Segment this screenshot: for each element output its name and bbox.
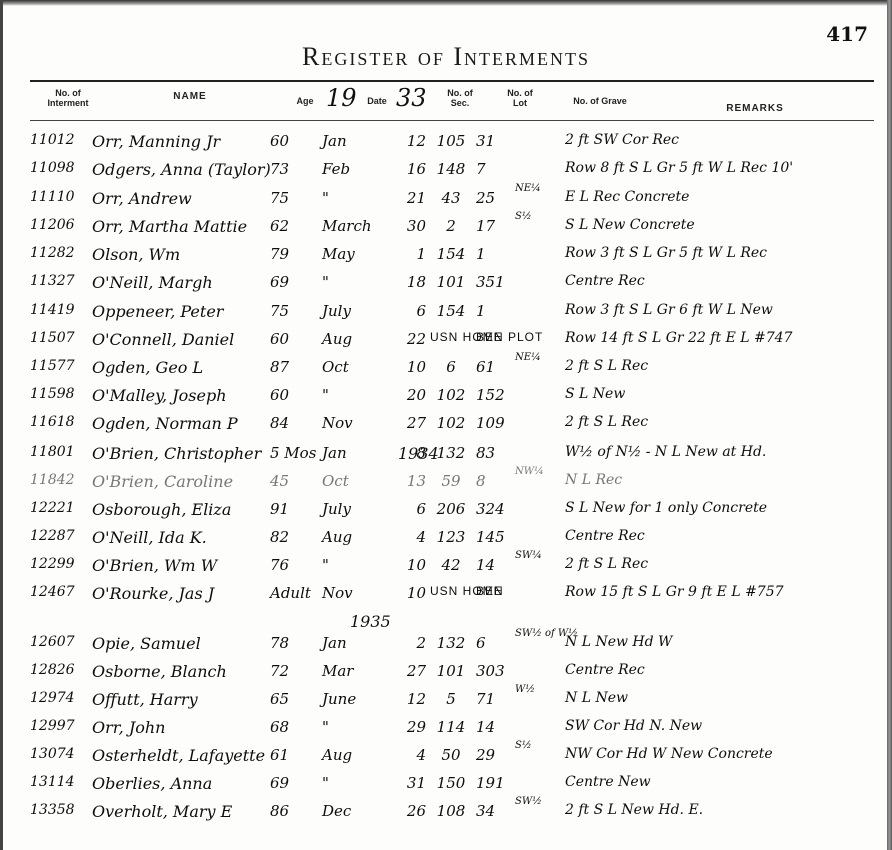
age: 79	[270, 245, 310, 263]
remarks: Row 14 ft S L Gr 22 ft E L #747	[565, 330, 865, 346]
deceased-name: O'Neill, Margh	[92, 273, 292, 292]
interment-row: 11801O'Brien, Christopher5 MosJan813283W…	[0, 440, 892, 470]
section-number: 6	[430, 358, 472, 376]
age: 69	[270, 774, 310, 792]
header-no-of-interment: No. of Interment	[38, 88, 98, 108]
remarks: Centre New	[565, 774, 865, 790]
header-no-of-sec: No. of Sec.	[440, 88, 480, 108]
interment-number: 12974	[30, 690, 90, 706]
month: Oct	[322, 358, 382, 376]
interment-row: 11110Orr, Andrew75"214325NE¼E L Rec Conc…	[0, 185, 892, 215]
lot-number: 14	[476, 718, 516, 736]
remarks: N L New Hd W	[565, 634, 865, 650]
deceased-name: Oberlies, Anna	[92, 774, 292, 793]
deceased-name: Odgers, Anna (Taylor)	[92, 160, 292, 179]
lot-number: 34	[476, 802, 516, 820]
section-number: 105	[430, 132, 472, 150]
interment-row: 12287O'Neill, Ida K.82Aug4123145Centre R…	[0, 524, 892, 554]
header-remarks: REMARKS	[710, 104, 800, 114]
month: May	[322, 245, 382, 263]
remarks: E L Rec Concrete	[565, 189, 865, 205]
grave-number: SW½ of W½	[515, 628, 555, 639]
remarks: 2 ft SW Cor Rec	[565, 132, 865, 148]
month: Dec	[322, 802, 382, 820]
day: 22	[396, 330, 426, 348]
day: 18	[396, 273, 426, 291]
interment-number: 11206	[30, 217, 90, 233]
interment-number: 11577	[30, 358, 90, 374]
lot-number: 1	[476, 245, 516, 263]
interment-number: 12299	[30, 556, 90, 572]
interment-row: 11598O'Malley, Joseph60"20102152S L New	[0, 382, 892, 412]
grave-number: S½	[515, 740, 555, 751]
header-name: NAME	[150, 92, 230, 102]
day: 16	[396, 160, 426, 178]
month: Jan	[322, 132, 382, 150]
section-number: 148	[430, 160, 472, 178]
interment-row: 11282Olson, Wm79May11541Row 3 ft S L Gr …	[0, 241, 892, 271]
age: Adult	[270, 584, 310, 602]
deceased-name: O'Rourke, Jas J	[92, 584, 292, 603]
month: Feb	[322, 160, 382, 178]
month: Aug	[322, 528, 382, 546]
lot-number: 1	[476, 302, 516, 320]
interment-number: 12826	[30, 662, 90, 678]
lot-number: 8	[476, 472, 516, 490]
section-number: 101	[430, 662, 472, 680]
age: 5 Mos	[270, 444, 310, 462]
interment-row: 11507O'Connell, Daniel60Aug22USN HOMEBEN…	[0, 326, 892, 356]
interment-number: 12467	[30, 584, 90, 600]
deceased-name: Opie, Samuel	[92, 634, 292, 653]
year-suffix: 33	[396, 84, 427, 112]
remarks: Row 8 ft S L Gr 5 ft W L Rec 10'	[565, 160, 865, 176]
deceased-name: Orr, John	[92, 718, 292, 737]
lot-number: 25	[476, 189, 516, 207]
interment-row: 11842O'Brien, Caroline45Oct13598NW¼N L R…	[0, 468, 892, 498]
lot-number: 109	[476, 414, 516, 432]
deceased-name: Offutt, Harry	[92, 690, 292, 709]
remarks: NW Cor Hd W New Concrete	[565, 746, 865, 762]
interment-row: 12299O'Brien, Wm W76"104214SW¼2 ft S L R…	[0, 552, 892, 582]
deceased-name: Orr, Manning Jr	[92, 132, 292, 151]
interment-row: 12826Osborne, Blanch72Mar27101303Centre …	[0, 658, 892, 688]
interment-number: 11598	[30, 386, 90, 402]
lot-number: 61	[476, 358, 516, 376]
remarks: N L Rec	[565, 472, 865, 488]
lot-number: 6	[476, 634, 516, 652]
month: Nov	[322, 414, 382, 432]
interment-number: 12221	[30, 500, 90, 516]
header-no-of-grave: No. of Grave	[560, 96, 640, 106]
deceased-name: Osborough, Eliza	[92, 500, 292, 519]
remarks: 2 ft S L Rec	[565, 414, 865, 430]
interment-number: 11618	[30, 414, 90, 430]
deceased-name: O'Neill, Ida K.	[92, 528, 292, 547]
deceased-name: Overholt, Mary E	[92, 802, 292, 821]
lot-number: 303	[476, 662, 516, 680]
day: 12	[396, 690, 426, 708]
interment-number: 11801	[30, 444, 90, 460]
remarks: 2 ft S L Rec	[565, 556, 865, 572]
age: 60	[270, 386, 310, 404]
month: Mar	[322, 662, 382, 680]
age: 60	[270, 330, 310, 348]
section-number: 50	[430, 746, 472, 764]
month: Aug	[322, 746, 382, 764]
month: Aug	[322, 330, 382, 348]
day: 4	[396, 746, 426, 764]
day: 31	[396, 774, 426, 792]
age: 68	[270, 718, 310, 736]
section-number: 114	[430, 718, 472, 736]
interment-number: 12287	[30, 528, 90, 544]
grave-number: S½	[515, 211, 555, 222]
age: 82	[270, 528, 310, 546]
interment-row: 13358Overholt, Mary E86Dec2610834SW½2 ft…	[0, 798, 892, 828]
section-number: USN HOME	[430, 584, 472, 598]
section-number: 154	[430, 245, 472, 263]
deceased-name: O'Brien, Christopher	[92, 444, 292, 463]
lot-number: BEN PLOT	[476, 330, 516, 344]
year-divider-1934: 1934	[398, 444, 439, 463]
lot-number: 14	[476, 556, 516, 574]
month: "	[322, 774, 382, 792]
interment-row: 13074Osterheldt, Lafayette61Aug45029S½NW…	[0, 742, 892, 772]
interment-row: 12467O'Rourke, Jas JAdultNov10USN HOMEBE…	[0, 580, 892, 610]
remarks: S L New	[565, 386, 865, 402]
deceased-name: O'Connell, Daniel	[92, 330, 292, 349]
day: 10	[396, 584, 426, 602]
deceased-name: O'Malley, Joseph	[92, 386, 292, 405]
interment-number: 11842	[30, 472, 90, 488]
deceased-name: Osterheldt, Lafayette	[92, 746, 292, 765]
day: 4	[396, 528, 426, 546]
remarks: W½ of N½ - N L New at Hd.	[565, 444, 865, 460]
deceased-name: Ogden, Geo L	[92, 358, 292, 377]
section-number: 5	[430, 690, 472, 708]
interment-row: 13114Oberlies, Anna69"31150191Centre New	[0, 770, 892, 800]
month: June	[322, 690, 382, 708]
remarks: SW Cor Hd N. New	[565, 718, 865, 734]
age: 60	[270, 132, 310, 150]
section-number: 101	[430, 273, 472, 291]
day: 1	[396, 245, 426, 263]
interment-number: 13358	[30, 802, 90, 818]
section-number: USN HOME	[430, 330, 472, 344]
day: 21	[396, 189, 426, 207]
lot-number: 7	[476, 160, 516, 178]
deceased-name: Osborne, Blanch	[92, 662, 292, 681]
deceased-name: Oppeneer, Peter	[92, 302, 292, 321]
section-number: 59	[430, 472, 472, 490]
remarks: Row 3 ft S L Gr 6 ft W L New	[565, 302, 865, 318]
lot-number: 145	[476, 528, 516, 546]
interment-row: 11206Orr, Martha Mattie62March30217S½S L…	[0, 213, 892, 243]
interment-number: 11419	[30, 302, 90, 318]
interment-row: 11577Ogden, Geo L87Oct10661NE¼2 ft S L R…	[0, 354, 892, 384]
month: "	[322, 718, 382, 736]
day: 6	[396, 302, 426, 320]
deceased-name: Ogden, Norman P	[92, 414, 292, 433]
lot-number: 29	[476, 746, 516, 764]
section-number: 43	[430, 189, 472, 207]
lot-number: 71	[476, 690, 516, 708]
age: 62	[270, 217, 310, 235]
remarks: 2 ft S L Rec	[565, 358, 865, 374]
age: 75	[270, 302, 310, 320]
age: 86	[270, 802, 310, 820]
page-title: Register of Interments	[0, 42, 892, 72]
lot-number: 31	[476, 132, 516, 150]
day: 6	[396, 500, 426, 518]
month: "	[322, 556, 382, 574]
section-number: 123	[430, 528, 472, 546]
interment-row: 11098Odgers, Anna (Taylor)73Feb161487Row…	[0, 156, 892, 186]
deceased-name: Olson, Wm	[92, 245, 292, 264]
age: 73	[270, 160, 310, 178]
grave-number: SW¼	[515, 550, 555, 561]
interment-row: 12997Orr, John68"2911414SW Cor Hd N. New	[0, 714, 892, 744]
day: 13	[396, 472, 426, 490]
header-date: Date	[362, 96, 392, 106]
lot-number: 152	[476, 386, 516, 404]
day: 26	[396, 802, 426, 820]
remarks: S L New for 1 only Concrete	[565, 500, 865, 516]
remarks: Row 15 ft S L Gr 9 ft E L #757	[565, 584, 865, 600]
grave-number: SW½	[515, 796, 555, 807]
month: July	[322, 302, 382, 320]
interment-row: 11419Oppeneer, Peter75July61541Row 3 ft …	[0, 298, 892, 328]
section-number: 102	[430, 414, 472, 432]
age: 75	[270, 189, 310, 207]
register-page: 417 Register of Interments No. of Interm…	[0, 0, 892, 850]
year-divider-1935: 1935	[350, 612, 391, 631]
grave-number: NW¼	[515, 466, 555, 477]
day: 10	[396, 556, 426, 574]
remarks: Centre Rec	[565, 273, 865, 289]
section-number: 150	[430, 774, 472, 792]
age: 91	[270, 500, 310, 518]
header-bottom-rule	[30, 120, 874, 121]
deceased-name: O'Brien, Caroline	[92, 472, 292, 491]
age: 65	[270, 690, 310, 708]
interment-row: 12607Opie, Samuel78Jan21326SW½ of W½N L …	[0, 630, 892, 660]
year-prefix: 19	[326, 84, 357, 112]
day: 27	[396, 414, 426, 432]
month: Oct	[322, 472, 382, 490]
day: 2	[396, 634, 426, 652]
section-number: 42	[430, 556, 472, 574]
lot-number: 324	[476, 500, 516, 518]
lot-number: 351	[476, 273, 516, 291]
section-number: 108	[430, 802, 472, 820]
interment-number: 11282	[30, 245, 90, 261]
lot-number: 191	[476, 774, 516, 792]
interment-number: 11507	[30, 330, 90, 346]
remarks: Row 3 ft S L Gr 5 ft W L Rec	[565, 245, 865, 261]
header-age: Age	[290, 96, 320, 106]
month: "	[322, 386, 382, 404]
deceased-name: O'Brien, Wm W	[92, 556, 292, 575]
section-number: 102	[430, 386, 472, 404]
day: 12	[396, 132, 426, 150]
day: 20	[396, 386, 426, 404]
section-number: 132	[430, 634, 472, 652]
header-rule	[30, 80, 874, 82]
day: 27	[396, 662, 426, 680]
age: 87	[270, 358, 310, 376]
page-top-edge	[0, 0, 892, 6]
section-number: 154	[430, 302, 472, 320]
remarks: S L New Concrete	[565, 217, 865, 233]
interment-number: 11012	[30, 132, 90, 148]
header-no-of-lot: No. of Lot	[500, 88, 540, 108]
interment-row: 12221Osborough, Eliza91July6206324S L Ne…	[0, 496, 892, 526]
day: 10	[396, 358, 426, 376]
remarks: Centre Rec	[565, 662, 865, 678]
interment-number: 12997	[30, 718, 90, 734]
interment-number: 13074	[30, 746, 90, 762]
month: "	[322, 273, 382, 291]
interment-row: 11618Ogden, Norman P84Nov271021092 ft S …	[0, 410, 892, 440]
deceased-name: Orr, Andrew	[92, 189, 292, 208]
month: Jan	[322, 444, 382, 462]
lot-number: BEN	[476, 584, 516, 598]
interment-number: 11327	[30, 273, 90, 289]
age: 45	[270, 472, 310, 490]
deceased-name: Orr, Martha Mattie	[92, 217, 292, 236]
interment-row: 11012Orr, Manning Jr60Jan12105312 ft SW …	[0, 128, 892, 158]
age: 84	[270, 414, 310, 432]
month: March	[322, 217, 382, 235]
interment-number: 12607	[30, 634, 90, 650]
month: "	[322, 189, 382, 207]
age: 72	[270, 662, 310, 680]
day: 29	[396, 718, 426, 736]
grave-number: NE¼	[515, 183, 555, 194]
age: 61	[270, 746, 310, 764]
section-number: 206	[430, 500, 472, 518]
section-number: 2	[430, 217, 472, 235]
interment-number: 13114	[30, 774, 90, 790]
interment-number: 11098	[30, 160, 90, 176]
remarks: 2 ft S L New Hd. E.	[565, 802, 865, 818]
remarks: Centre Rec	[565, 528, 865, 544]
interment-row: 12974Offutt, Harry65June12571W½N L New	[0, 686, 892, 716]
age: 69	[270, 273, 310, 291]
interment-row: 11327O'Neill, Margh69"18101351Centre Rec	[0, 269, 892, 299]
lot-number: 83	[476, 444, 516, 462]
month: Jan	[322, 634, 382, 652]
grave-number: NE¼	[515, 352, 555, 363]
interment-number: 11110	[30, 189, 90, 205]
remarks: N L New	[565, 690, 865, 706]
age: 78	[270, 634, 310, 652]
grave-number: W½	[515, 684, 555, 695]
day: 30	[396, 217, 426, 235]
month: July	[322, 500, 382, 518]
month: Nov	[322, 584, 382, 602]
age: 76	[270, 556, 310, 574]
lot-number: 17	[476, 217, 516, 235]
